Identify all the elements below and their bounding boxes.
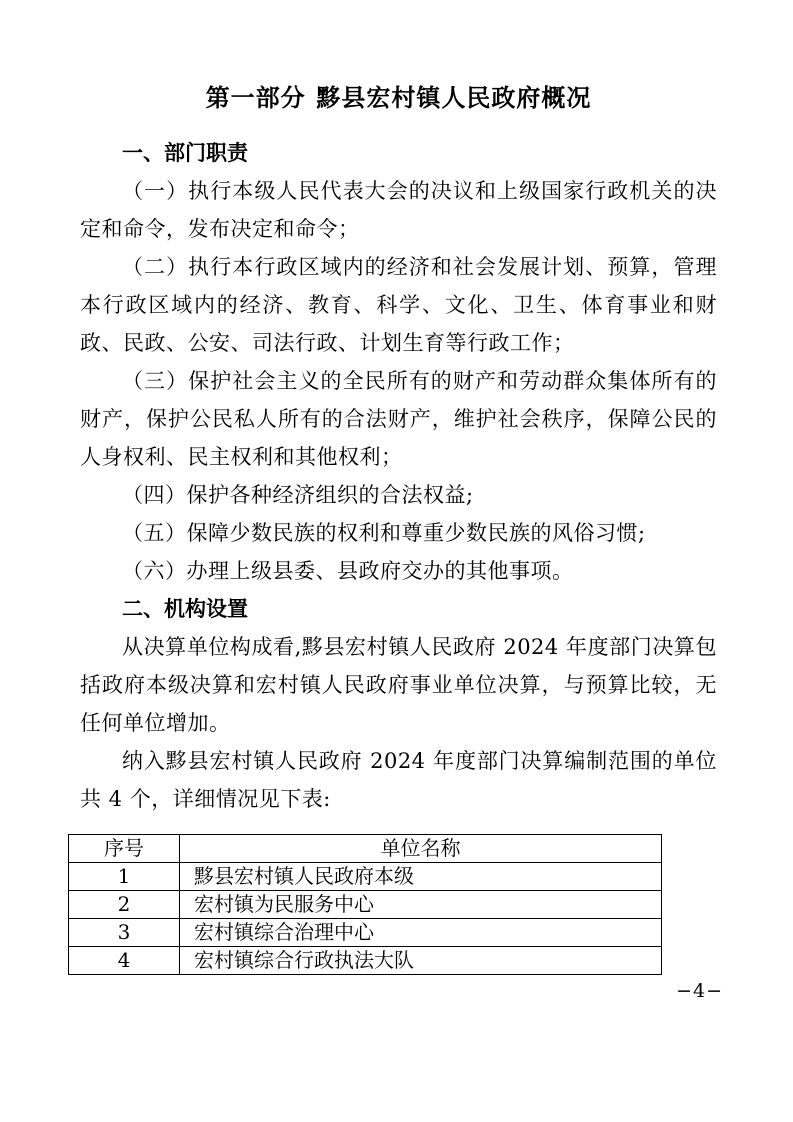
- paragraph-duty-2: （二）执行本行政区域内的经济和社会发展计划、预算，管理本行政区域内的经济、教育、…: [80, 248, 717, 362]
- serial-cell: 3: [69, 919, 180, 947]
- unit-name-cell: 宏村镇综合行政执法大队: [180, 947, 662, 975]
- page-title: 第一部分黟县宏村镇人民政府概况: [80, 84, 717, 112]
- table-header-unit-name: 单位名称: [180, 835, 662, 863]
- serial-cell: 4: [69, 947, 180, 975]
- table-header-row: 序号 单位名称: [69, 835, 662, 863]
- title-part-label: 第一部分: [206, 84, 306, 112]
- table-row: 2 宏村镇为民服务中心: [69, 891, 662, 919]
- section-heading-duties: 一、部门职责: [80, 134, 717, 172]
- paragraph-duty-6: （六）办理上级县委、县政府交办的其他事项。: [80, 552, 717, 590]
- unit-name-cell: 黟县宏村镇人民政府本级: [180, 863, 662, 891]
- paragraph-duty-4: （四）保护各种经济组织的合法权益;: [80, 476, 717, 514]
- serial-cell: 1: [69, 863, 180, 891]
- document-page: 第一部分黟县宏村镇人民政府概况 一、部门职责 （一）执行本级人民代表大会的决议和…: [0, 0, 793, 1122]
- paragraph-duty-1: （一）执行本级人民代表大会的决议和上级国家行政机关的决定和命令，发布决定和命令；: [80, 172, 717, 248]
- paragraph-org-2: 纳入黟县宏村镇人民政府 2024 年度部门决算编制范围的单位共 4 个，详细情况…: [80, 742, 717, 818]
- table-row: 1 黟县宏村镇人民政府本级: [69, 863, 662, 891]
- table-row: 3 宏村镇综合治理中心: [69, 919, 662, 947]
- unit-name-cell: 宏村镇为民服务中心: [180, 891, 662, 919]
- table-row: 4 宏村镇综合行政执法大队: [69, 947, 662, 975]
- paragraph-duty-3: （三）保护社会主义的全民所有的财产和劳动群众集体所有的财产，保护公民私人所有的合…: [80, 362, 717, 476]
- serial-cell: 2: [69, 891, 180, 919]
- title-org-name: 黟县宏村镇人民政府: [316, 83, 541, 112]
- units-table: 序号 单位名称 1 黟县宏村镇人民政府本级 2 宏村镇为民服务中心 3 宏村镇综…: [68, 834, 662, 975]
- page-number: −4−: [676, 980, 723, 1002]
- unit-name-cell: 宏村镇综合治理中心: [180, 919, 662, 947]
- paragraph-org-1: 从决算单位构成看,黟县宏村镇人民政府 2024 年度部门决算包括政府本级决算和宏…: [80, 628, 717, 742]
- paragraph-duty-5: （五）保障少数民族的权利和尊重少数民族的风俗习惯;: [80, 514, 717, 552]
- table-header-serial: 序号: [69, 835, 180, 863]
- section-heading-organization: 二、机构设置: [80, 590, 717, 628]
- title-suffix: 概况: [541, 84, 591, 112]
